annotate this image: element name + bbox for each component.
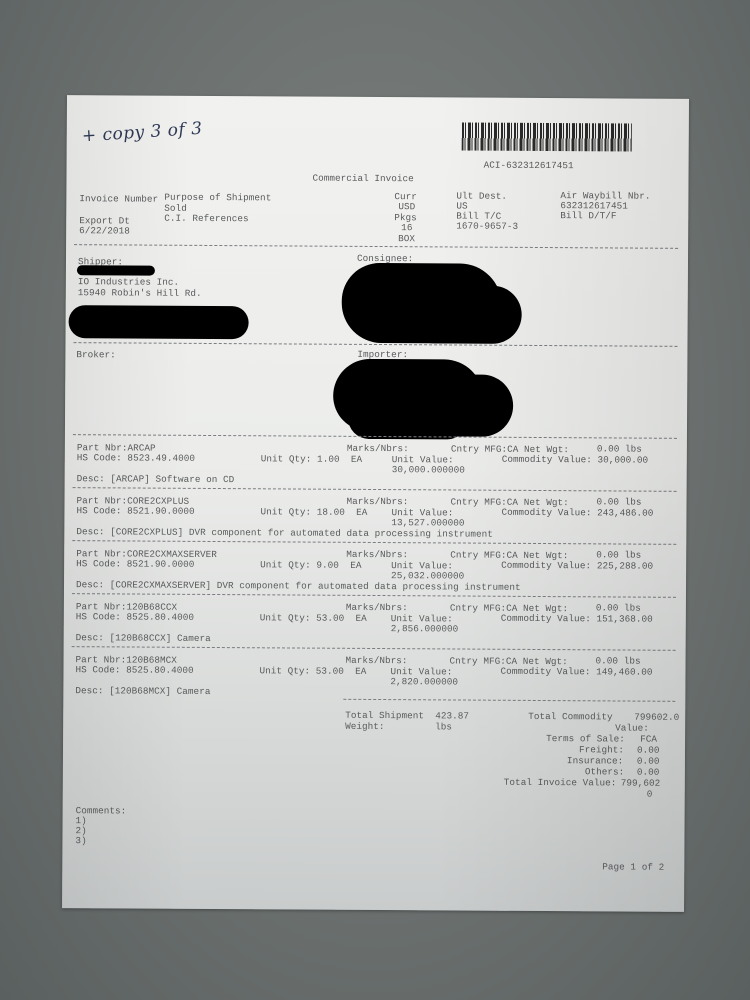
hs-code: HS Code: 8521.90.0000 — [76, 506, 194, 517]
hs-code: HS Code: 8525.80.4000 — [76, 612, 194, 623]
marks-label: Marks/Nbrs: — [346, 603, 408, 613]
redaction-mark — [69, 305, 249, 339]
marks-label: Marks/Nbrs: — [346, 497, 408, 507]
handwritten-note: + copy 3 of 3 — [81, 119, 203, 147]
line-item: Part Nbr:ARCAPHS Code: 8523.49.4000Marks… — [67, 95, 689, 99]
redaction-mark — [405, 285, 521, 344]
unit-quantity: Unit Qty: 53.00 EA — [259, 666, 366, 677]
total-weight-unit: lbs — [435, 722, 452, 732]
pkgs-unit: BOX — [398, 234, 415, 244]
separator — [72, 646, 676, 651]
comment-line: 3) — [75, 836, 86, 846]
barcode — [462, 123, 632, 152]
purpose-label: Purpose of Shipment — [164, 193, 271, 204]
freight-value: 0.00 — [637, 746, 660, 756]
total-invoice-label: Total Invoice Value: — [504, 778, 617, 789]
total-invoice-value: 799,602 — [621, 778, 660, 788]
unit-value: 2,820.000000 — [390, 677, 458, 687]
unit-value: 13,527.000000 — [391, 518, 464, 528]
redaction-mark — [348, 397, 468, 440]
separator — [72, 540, 676, 545]
curr-value: USD — [398, 202, 415, 212]
barcode-label: ACI-632312617451 — [484, 161, 574, 172]
others-value: 0.00 — [637, 768, 660, 778]
item-description: Desc: [CORE2CXPLUS] DVR component for au… — [76, 527, 493, 540]
separator — [343, 699, 675, 702]
unit-value: 30,000.000000 — [392, 465, 465, 475]
net-weight-value: 0.00 lbs — [596, 497, 641, 507]
total-commodity-label-2: Value: — [615, 723, 649, 733]
unit-quantity: Unit Qty: 9.00 EA — [260, 560, 361, 571]
commodity-value: Commodity Value: 30,000.00 — [502, 455, 648, 466]
document-title: Commercial Invoice — [312, 174, 413, 185]
commodity-value: Commodity Value: 149,460.00 — [500, 667, 652, 678]
total-commodity-label: Total Commodity — [528, 712, 612, 723]
commodity-value: Commodity Value: 243,486.00 — [501, 508, 653, 519]
net-weight-value: 0.00 lbs — [596, 656, 641, 666]
line-item: Part Nbr:120B68CCXHS Code: 8525.80.4000M… — [67, 95, 689, 99]
bill-dtf-label: Bill D/T/F — [560, 211, 616, 221]
total-invoice-value-2: 0 — [647, 790, 653, 800]
unit-value: 2,856.000000 — [391, 624, 459, 634]
broker-label: Broker: — [76, 350, 115, 360]
commodity-value: Commodity Value: 225,288.00 — [501, 561, 653, 572]
invoice-number-label: Invoice Number — [79, 194, 158, 204]
bill-tc-value: 1670-9657-3 — [456, 221, 518, 231]
line-item: Part Nbr:CORE2CXPLUSHS Code: 8521.90.000… — [67, 95, 689, 99]
item-description: Desc: [120B68MCX] Camera — [75, 686, 210, 697]
separator — [73, 342, 677, 347]
item-description: Desc: [CORE2CXMAXSERVER] DVR component f… — [76, 580, 521, 593]
separator — [73, 487, 677, 492]
unit-value: 25,032.000000 — [391, 571, 464, 581]
terms-of-sale-label: Terms of Sale: — [546, 734, 625, 744]
others-label: Others: — [585, 767, 624, 777]
insurance-value: 0.00 — [637, 757, 660, 767]
separator — [72, 593, 676, 598]
total-commodity-value: 799602.0 — [634, 713, 679, 723]
freight-label: Freight: — [579, 745, 624, 755]
total-weight-label-2: Weight: — [345, 722, 384, 732]
line-items: Part Nbr:ARCAPHS Code: 8523.49.4000Marks… — [67, 95, 689, 99]
marks-label: Marks/Nbrs: — [346, 656, 408, 666]
unit-quantity: Unit Qty: 1.00 EA — [261, 454, 362, 465]
redaction-mark — [77, 265, 155, 275]
hs-code: HS Code: 8525.80.4000 — [75, 665, 193, 676]
separator — [74, 244, 678, 249]
marks-label: Marks/Nbrs: — [347, 444, 409, 454]
terms-of-sale-value: FCA — [640, 735, 657, 745]
line-item: Part Nbr:CORE2CXMAXSERVERHS Code: 8521.9… — [67, 95, 689, 99]
net-weight-value: 0.00 lbs — [596, 550, 641, 560]
line-item: Part Nbr:120B68MCXHS Code: 8525.80.4000M… — [67, 95, 689, 99]
page-number: Page 1 of 2 — [602, 862, 664, 872]
ci-references-label: C.I. References — [164, 214, 248, 225]
shipper-line: IO Industries Inc. — [78, 277, 179, 288]
total-weight-value: 423.87 — [435, 711, 469, 721]
total-weight-label: Total Shipment — [345, 711, 424, 721]
hs-code: HS Code: 8521.90.0000 — [76, 559, 194, 570]
commodity-value: Commodity Value: 151,368.00 — [501, 614, 653, 625]
marks-label: Marks/Nbrs: — [346, 550, 408, 560]
net-weight-value: 0.00 lbs — [597, 444, 642, 454]
pkgs-value: 16 — [401, 223, 412, 233]
unit-quantity: Unit Qty: 53.00 EA — [260, 613, 367, 624]
export-dt-value: 6/22/2018 — [79, 226, 130, 236]
unit-quantity: Unit Qty: 18.00 EA — [260, 507, 367, 518]
item-description: Desc: [120B68CCX] Camera — [76, 633, 211, 644]
insurance-label: Insurance: — [567, 756, 623, 766]
item-description: Desc: [ARCAP] Software on CD — [77, 474, 235, 485]
hs-code: HS Code: 8523.49.4000 — [77, 453, 195, 464]
shipper-line: 15940 Robin's Hill Rd. — [78, 288, 202, 299]
net-weight-value: 0.00 lbs — [596, 603, 641, 613]
invoice-paper: + copy 3 of 3 ACI-632312617451 Commercia… — [62, 95, 689, 912]
